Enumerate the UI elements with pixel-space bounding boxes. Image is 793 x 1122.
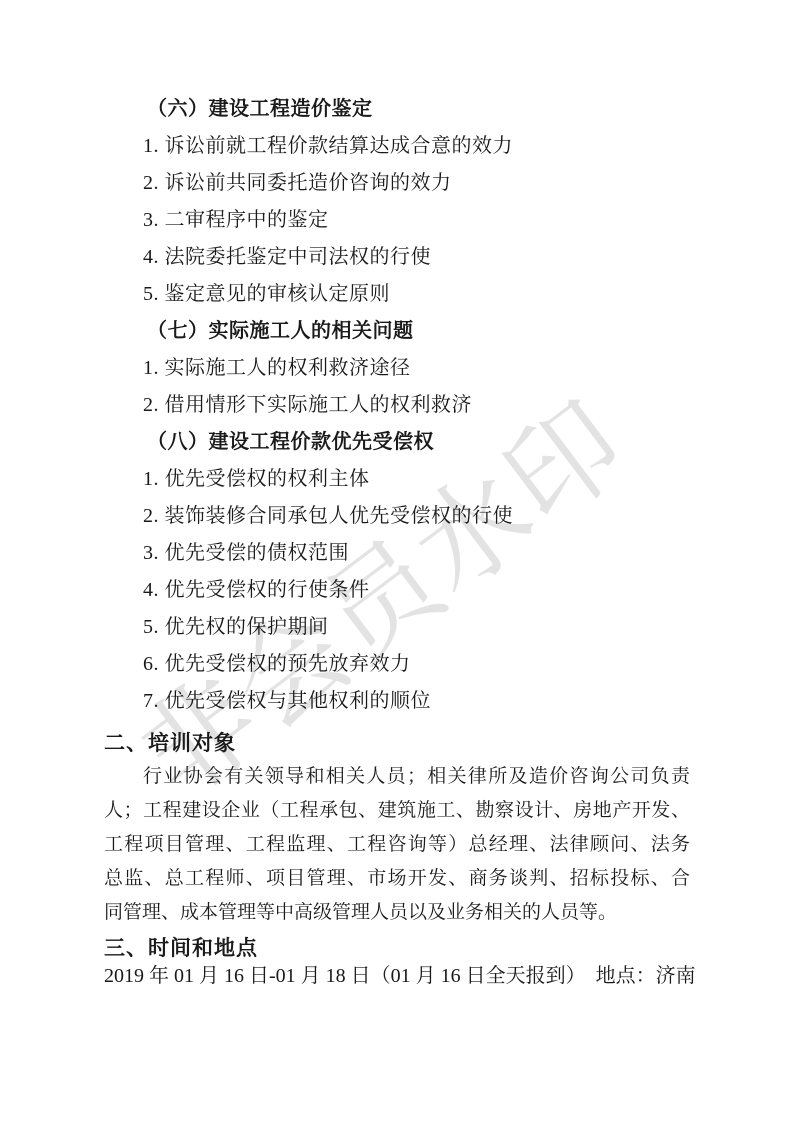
outline-section-heading: （六）建设工程造价鉴定 <box>143 91 743 128</box>
outline-item: 4. 优先受偿权的行使条件 <box>143 572 743 609</box>
course-outline: （六）建设工程造价鉴定 1. 诉讼前就工程价款结算达成合意的效力 2. 诉讼前共… <box>143 91 743 720</box>
outline-item: 5. 鉴定意见的审核认定原则 <box>143 276 743 313</box>
outline-item: 1. 诉讼前就工程价款结算达成合意的效力 <box>143 128 743 165</box>
outline-item: 5. 优先权的保护期间 <box>143 609 743 646</box>
paragraph-line: 人；工程建设企业（工程承包、建筑施工、勘察设计、房地产开发、 <box>104 794 690 828</box>
outline-item: 2. 装饰装修合同承包人优先受偿权的行使 <box>143 498 743 535</box>
outline-item: 2. 诉讼前共同委托造价咨询的效力 <box>143 165 743 202</box>
outline-item: 4. 法院委托鉴定中司法权的行使 <box>143 239 743 276</box>
training-audience-paragraph: 行业协会有关领导和相关人员；相关律所及造价咨询公司负责 人；工程建设企业（工程承… <box>104 760 690 930</box>
outline-item: 7. 优先受偿权与其他权利的顺位 <box>143 683 743 720</box>
time-place-line: 2019 年 01 月 16 日-01 月 18 日（01 月 16 日全天报到… <box>104 961 696 991</box>
outline-item: 3. 优先受偿的债权范围 <box>143 535 743 572</box>
outline-section-heading: （七）实际施工人的相关问题 <box>143 313 743 350</box>
outline-item: 2. 借用情形下实际施工人的权利救济 <box>143 387 743 424</box>
outline-section-heading: （八）建设工程价款优先受偿权 <box>143 424 743 461</box>
outline-item: 6. 优先受偿权的预先放弃效力 <box>143 646 743 683</box>
outline-item: 1. 实际施工人的权利救济途径 <box>143 350 743 387</box>
paragraph-line: 行业协会有关领导和相关人员；相关律所及造价咨询公司负责 <box>104 760 690 794</box>
outline-item: 1. 优先受偿权的权利主体 <box>143 461 743 498</box>
paragraph-line: 总监、总工程师、项目管理、市场开发、商务谈判、招标投标、合 <box>104 862 690 896</box>
document-page: 非会员水印 （六）建设工程造价鉴定 1. 诉讼前就工程价款结算达成合意的效力 2… <box>0 0 793 1122</box>
outline-item: 3. 二审程序中的鉴定 <box>143 202 743 239</box>
paragraph-line: 工程项目管理、工程监理、工程咨询等）总经理、法律顾问、法务 <box>104 828 690 862</box>
paragraph-line: 同管理、成本管理等中高级管理人员以及业务相关的人员等。 <box>104 896 690 930</box>
time-place-heading: 三、时间和地点 <box>104 935 258 961</box>
training-audience-heading: 二、培训对象 <box>104 730 236 756</box>
